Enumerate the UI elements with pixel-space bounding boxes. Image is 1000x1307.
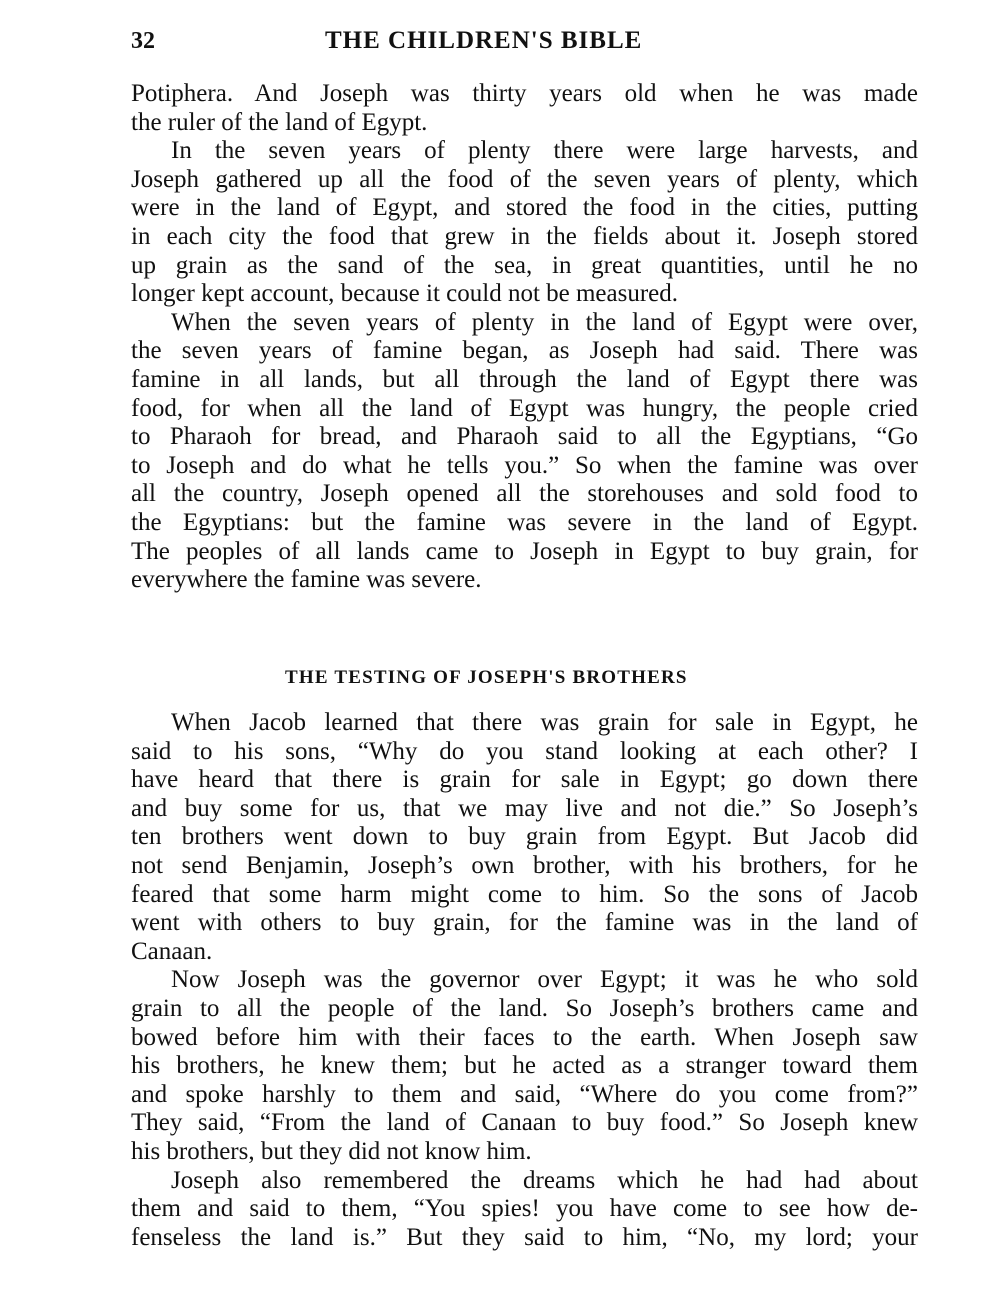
text-line: to Pharaoh for bread, and Pharaoh said t… — [131, 423, 918, 452]
section-2-text: When Jacob learned that there was grain … — [131, 709, 918, 1252]
text-line: The peoples of all lands came to Joseph … — [131, 538, 918, 567]
text-line: and buy some for us, that we may live an… — [131, 795, 918, 824]
text-line: Potiphera. And Joseph was thirty years o… — [131, 80, 918, 109]
text-line: the ruler of the land of Egypt. — [131, 109, 918, 138]
paragraph: When the seven years of plenty in the la… — [131, 309, 918, 595]
text-line: went with others to buy grain, for the f… — [131, 909, 918, 938]
text-line: Joseph gathered up all the food of the s… — [131, 166, 918, 195]
text-line: everywhere the famine was severe. — [131, 566, 918, 595]
text-line: were in the land of Egypt, and stored th… — [131, 194, 918, 223]
text-line: fenseless the land is.” But they said to… — [131, 1224, 918, 1253]
text-line: Joseph also remembered the dreams which … — [131, 1167, 918, 1196]
text-line: longer kept account, because it could no… — [131, 280, 918, 309]
section-1-text: Potiphera. And Joseph was thirty years o… — [131, 80, 918, 595]
text-line: food, for when all the land of Egypt was… — [131, 395, 918, 424]
text-line: bowed before him with their faces to the… — [131, 1024, 918, 1053]
text-line: his brothers, but they did not know him. — [131, 1138, 918, 1167]
text-line: the Egyptians: but the famine was severe… — [131, 509, 918, 538]
text-line: grain to all the people of the land. So … — [131, 995, 918, 1024]
text-line: not send Benjamin, Joseph’s own brother,… — [131, 852, 918, 881]
text-line: famine in all lands, but all through the… — [131, 366, 918, 395]
text-line: and spoke harshly to them and said, “Whe… — [131, 1081, 918, 1110]
text-line: When Jacob learned that there was grain … — [131, 709, 918, 738]
text-line: his brothers, he knew them; but he acted… — [131, 1052, 918, 1081]
text-line: Now Joseph was the governor over Egypt; … — [131, 966, 918, 995]
text-line: Canaan. — [131, 938, 918, 967]
text-line: them and said to them, “You spies! you h… — [131, 1195, 918, 1224]
section-heading: THE TESTING OF JOSEPH'S BROTHERS — [285, 667, 765, 689]
text-line: in each city the food that grew in the f… — [131, 223, 918, 252]
running-title: THE CHILDREN'S BIBLE — [325, 27, 725, 55]
text-line: When the seven years of plenty in the la… — [131, 309, 918, 338]
text-line: the seven years of famine began, as Jose… — [131, 337, 918, 366]
paragraph: Joseph also remembered the dreams which … — [131, 1167, 918, 1253]
paragraph: Potiphera. And Joseph was thirty years o… — [131, 80, 918, 137]
page-number: 32 — [131, 28, 155, 55]
text-line: In the seven years of plenty there were … — [131, 137, 918, 166]
text-line: feared that some harm might come to him.… — [131, 881, 918, 910]
text-line: ten brothers went down to buy grain from… — [131, 823, 918, 852]
paragraph: When Jacob learned that there was grain … — [131, 709, 918, 966]
paragraph: Now Joseph was the governor over Egypt; … — [131, 966, 918, 1166]
text-line: to Joseph and do what he tells you.” So … — [131, 452, 918, 481]
text-line: said to his sons, “Why do you stand look… — [131, 738, 918, 767]
text-line: up grain as the sand of the sea, in grea… — [131, 252, 918, 281]
text-line: have heard that there is grain for sale … — [131, 766, 918, 795]
paragraph: In the seven years of plenty there were … — [131, 137, 918, 309]
text-line: They said, “From the land of Canaan to b… — [131, 1109, 918, 1138]
text-line: all the country, Joseph opened all the s… — [131, 480, 918, 509]
